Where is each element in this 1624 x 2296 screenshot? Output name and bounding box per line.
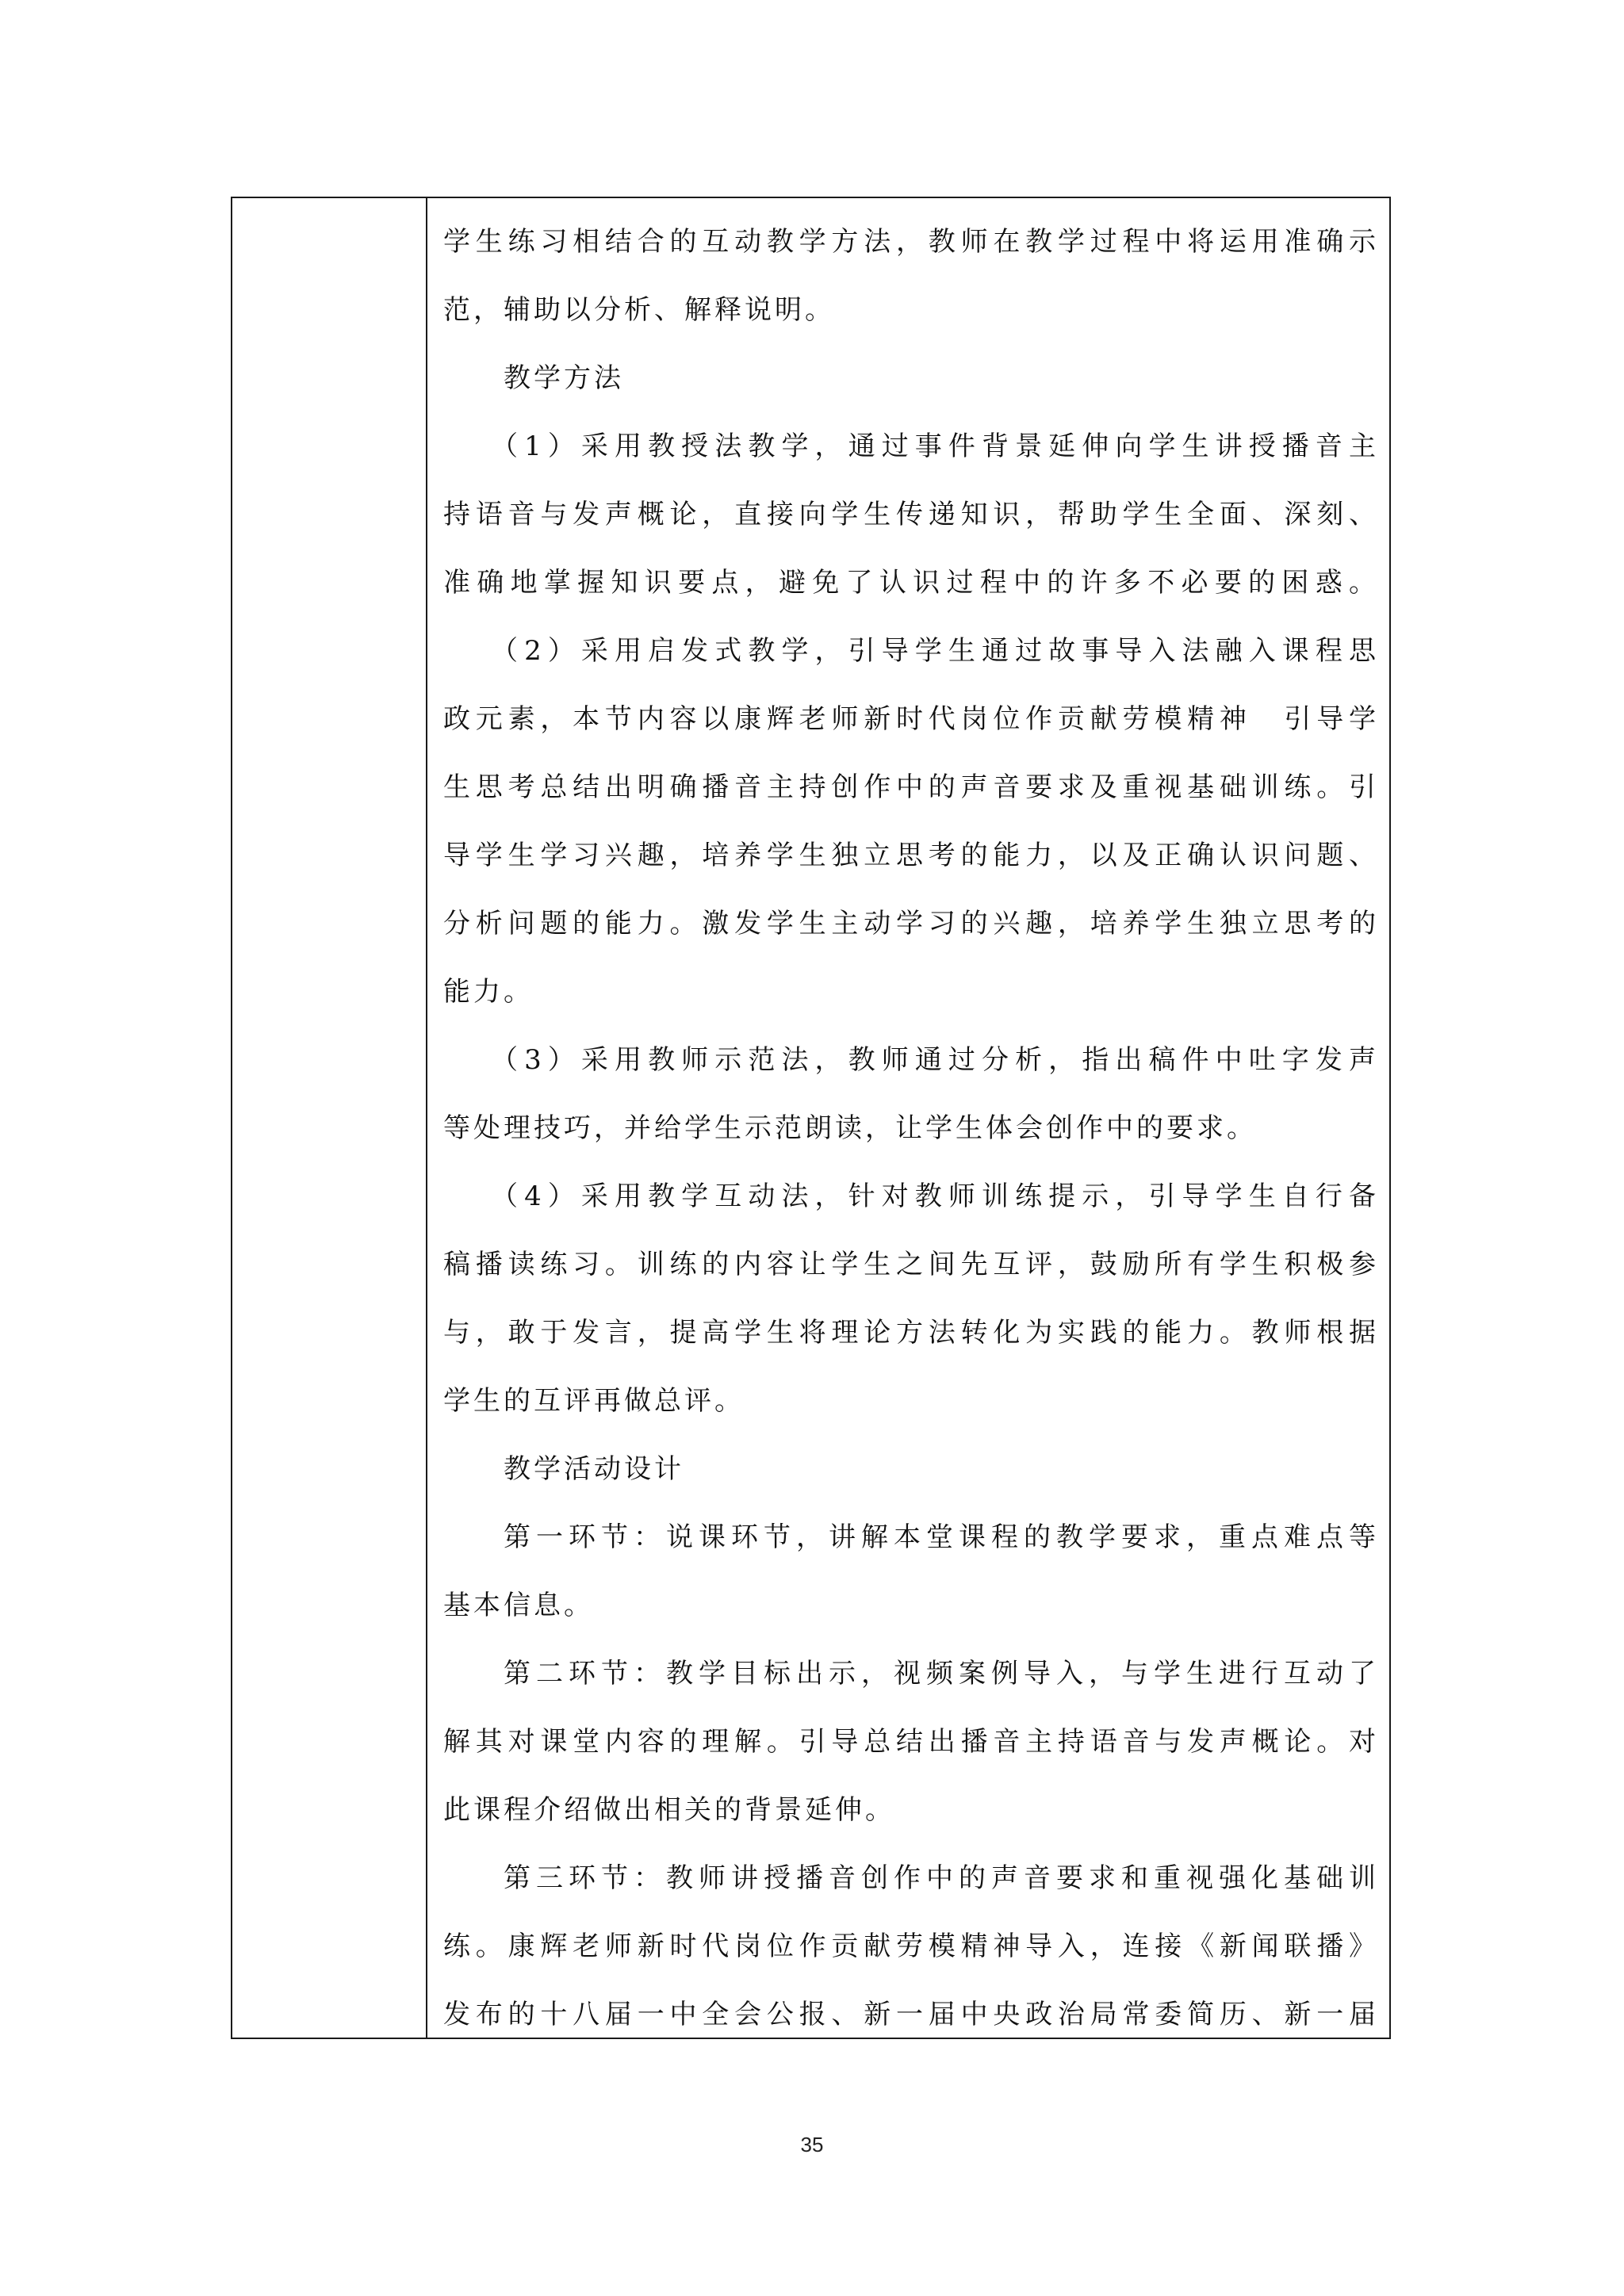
text-line: 政元素，本节内容以康辉老师新时代岗位作贡献劳模精神 引导学 [443,699,1376,767]
text-line: 教学方法 [443,358,1376,427]
text-line: （3）采用教师示范法，教师通过分析，指出稿件中吐字发声 [443,1040,1376,1108]
text-line: （4）采用教学互动法，针对教师训练提示，引导学生自行备 [443,1177,1376,1245]
text-line: （1）采用教授法教学，通过事件背景延伸向学生讲授播音主 [443,427,1376,495]
text-line: 学生练习相结合的互动教学方法，教师在教学过程中将运用准确示 [443,222,1376,290]
text-line: 练。康辉老师新时代岗位作贡献劳模精神导入，连接《新闻联播》 [443,1927,1376,1995]
text-line: 第三环节：教师讲授播音创作中的声音要求和重视强化基础训 [443,1858,1376,1927]
text-line: 准确地掌握知识要点，避免了认识过程中的许多不必要的困惑。 [443,563,1376,631]
text-line: 范，辅助以分析、解释说明。 [443,290,1376,358]
text-line: 学生的互评再做总评。 [443,1381,1376,1449]
paragraph-block: 学生练习相结合的互动教学方法，教师在教学过程中将运用准确示范，辅助以分析、解释说… [443,222,1376,2063]
text-line: 第一环节：说课环节，讲解本堂课程的教学要求，重点难点等 [443,1517,1376,1586]
text-line: 与，敢于发言，提高学生将理论方法转化为实践的能力。教师根据 [443,1313,1376,1381]
text-line: 等处理技巧，并给学生示范朗读，让学生体会创作中的要求。 [443,1108,1376,1177]
text-line: 发布的十八届一中全会公报、新一届中央政治局常委简历、新一届 [443,1995,1376,2063]
text-line: 持语音与发声概论，直接向学生传递知识，帮助学生全面、深刻、 [443,495,1376,563]
text-line: （2）采用启发式教学，引导学生通过故事导入法融入课程思 [443,631,1376,699]
text-line: 导学生学习兴趣，培养学生独立思考的能力，以及正确认识问题、 [443,836,1376,904]
text-line: 教学活动设计 [443,1449,1376,1517]
text-line: 此课程介绍做出相关的背景延伸。 [443,1790,1376,1858]
text-line: 基本信息。 [443,1586,1376,1654]
page-number: 35 [0,2133,1624,2157]
text-line: 分析问题的能力。激发学生主动学习的兴趣，培养学生独立思考的 [443,904,1376,972]
text-line: 生思考总结出明确播音主持创作中的声音要求及重视基础训练。引 [443,767,1376,836]
table-right-cell: 学生练习相结合的互动教学方法，教师在教学过程中将运用准确示范，辅助以分析、解释说… [427,198,1389,2038]
content-table: 学生练习相结合的互动教学方法，教师在教学过程中将运用准确示范，辅助以分析、解释说… [231,197,1391,2039]
text-line: 稿播读练习。训练的内容让学生之间先互评，鼓励所有学生积极参 [443,1245,1376,1313]
text-line: 第二环节：教学目标出示，视频案例导入，与学生进行互动了 [443,1654,1376,1722]
text-line: 解其对课堂内容的理解。引导总结出播音主持语音与发声概论。对 [443,1722,1376,1790]
text-line: 能力。 [443,972,1376,1040]
table-left-cell [232,198,427,2038]
